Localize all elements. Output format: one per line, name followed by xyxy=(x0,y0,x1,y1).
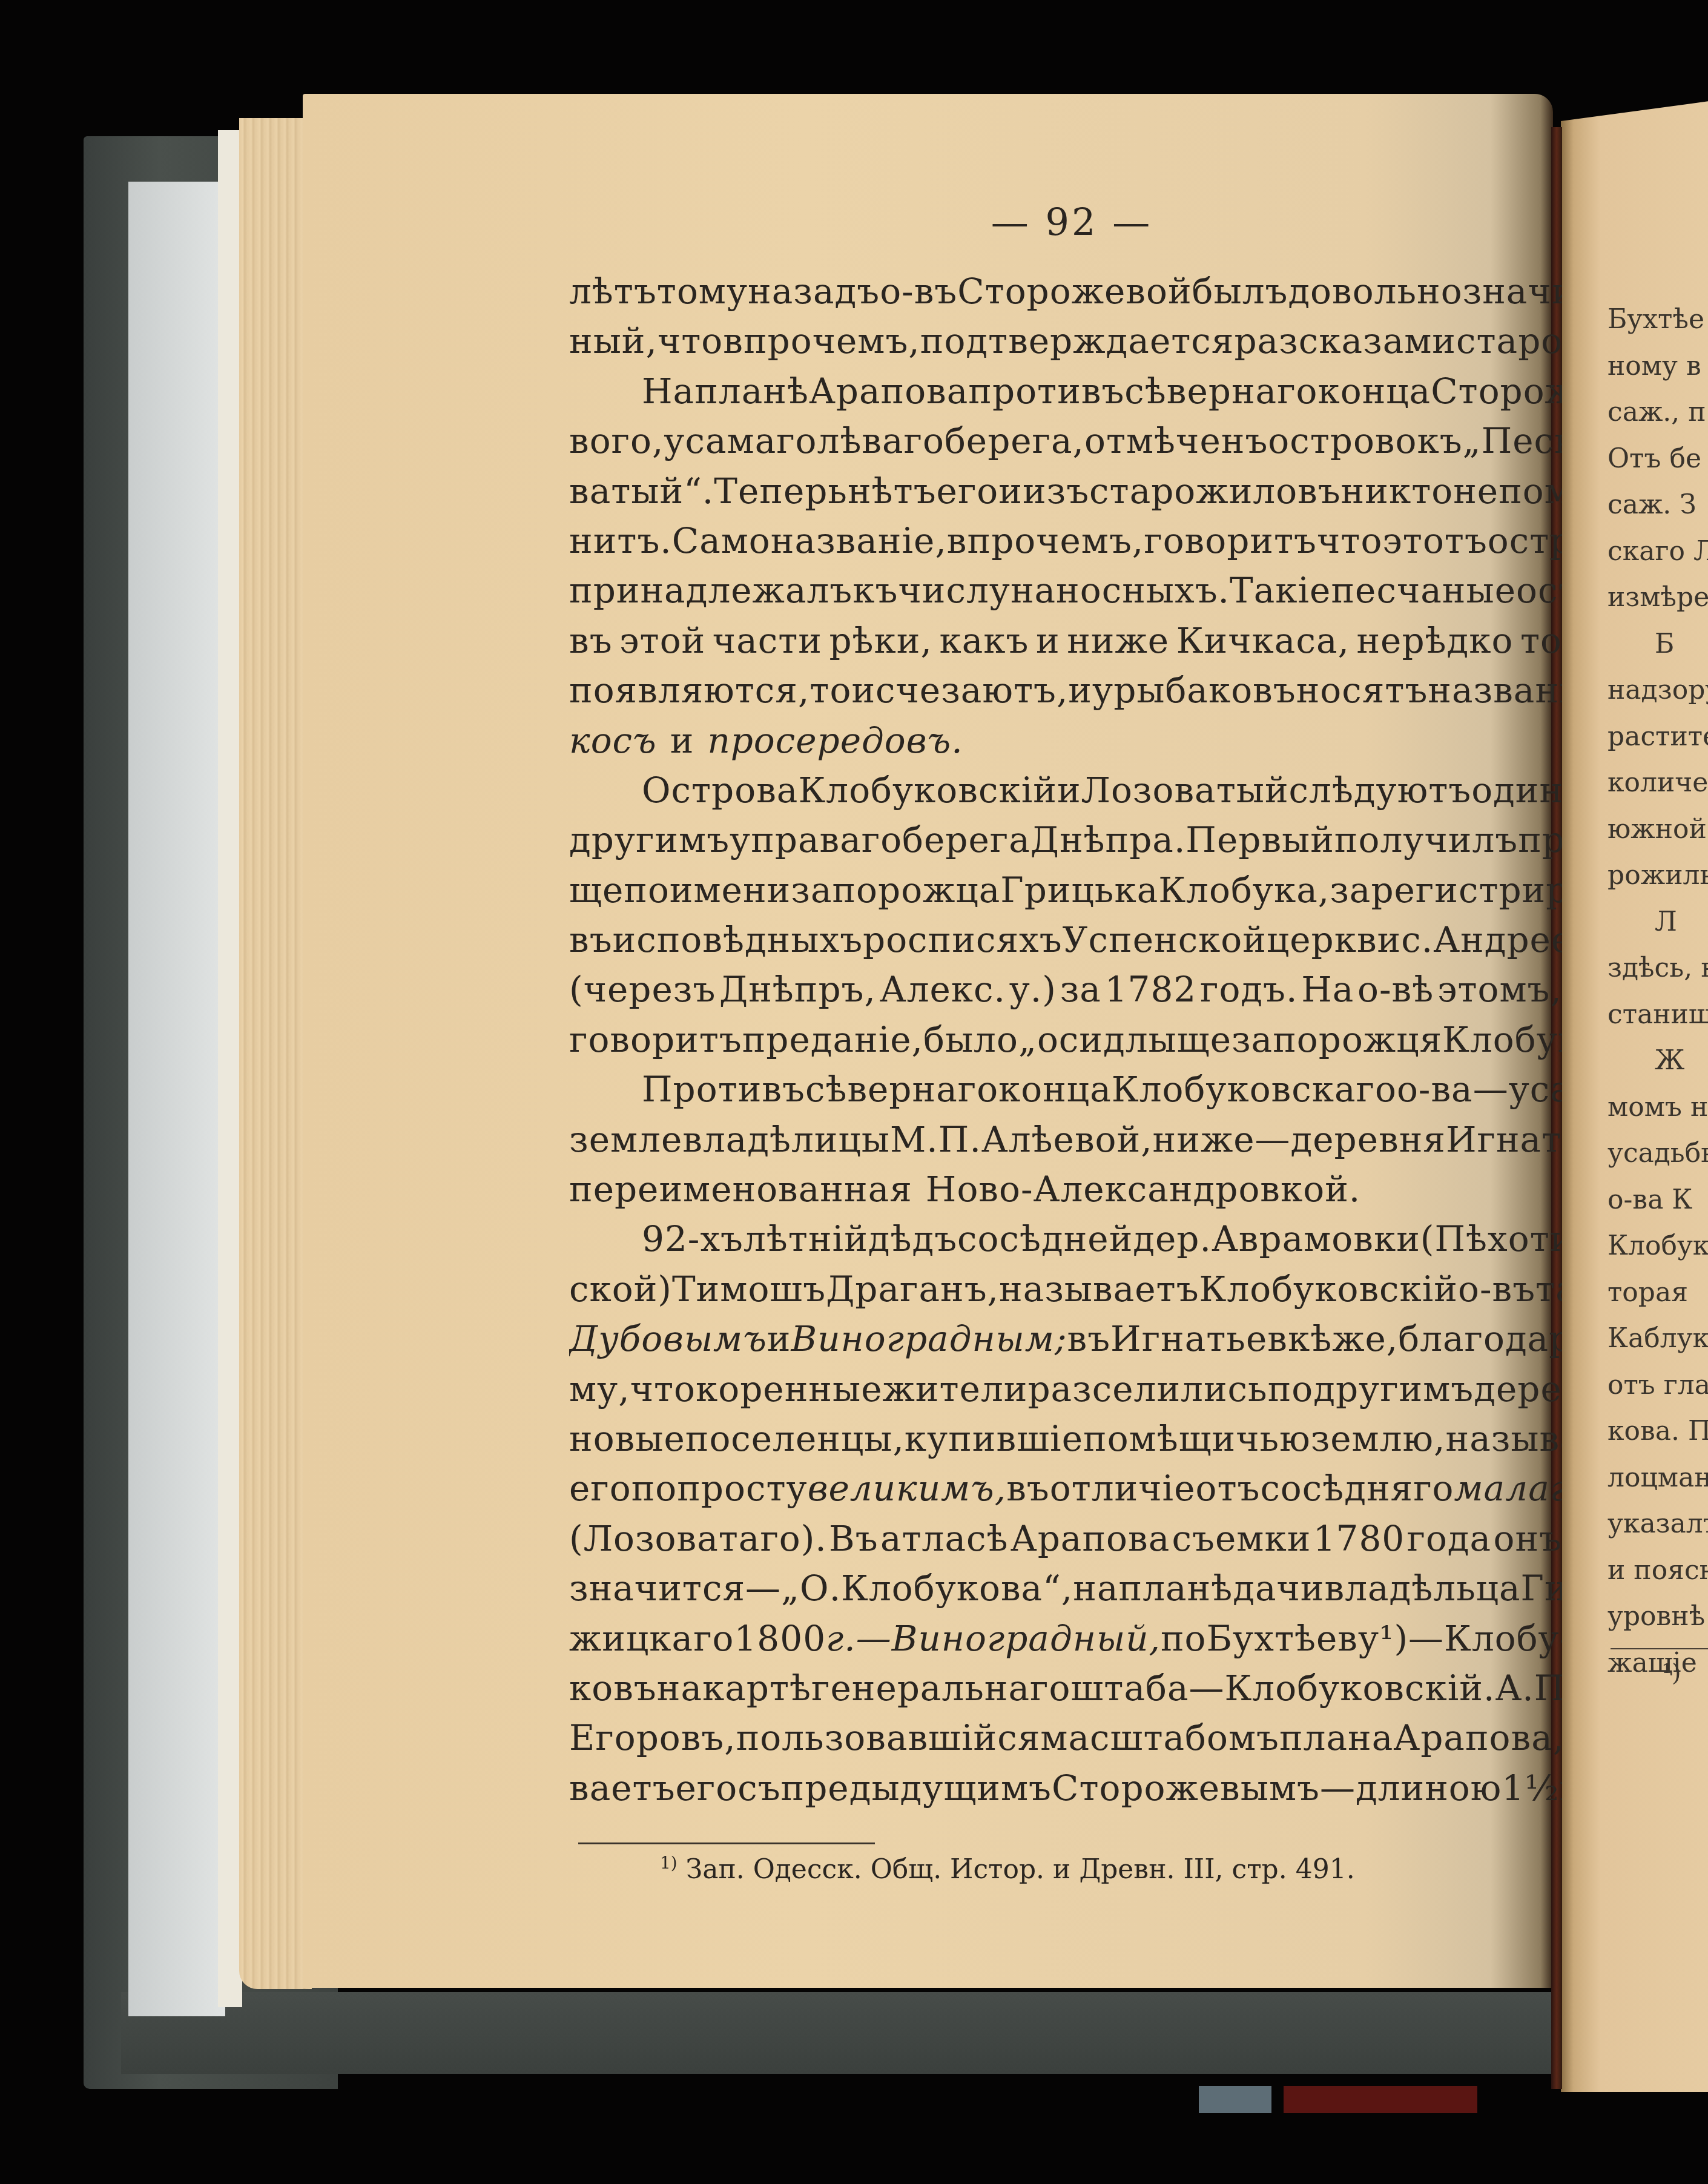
word: этой xyxy=(619,616,705,665)
word: владѣльца xyxy=(1325,1563,1521,1613)
word: Противъ xyxy=(642,1064,805,1114)
word: Клобука“. xyxy=(1442,1015,1562,1064)
facing-text-line: Клобуко xyxy=(1607,1223,1708,1270)
facing-text-line: растите xyxy=(1607,714,1708,760)
page-block-edges xyxy=(239,118,312,1989)
word: с. xyxy=(1401,915,1433,965)
word: впрочемъ, xyxy=(723,316,920,366)
word: конца xyxy=(1317,366,1431,416)
text-line: ватый“.Теперьнѣтъегоиизъстарожиловъникто… xyxy=(569,466,1562,516)
word: коренные xyxy=(696,1364,882,1414)
flyleaf xyxy=(128,182,225,2016)
word: преданіе, xyxy=(742,1015,923,1064)
word: ниже—деревня xyxy=(1153,1115,1446,1164)
word: Клобуковскій xyxy=(798,765,1057,815)
word: Арапова, xyxy=(1393,1713,1562,1763)
word: Кичкаса, xyxy=(1176,616,1350,665)
facing-text-line: Каблуко xyxy=(1607,1316,1708,1362)
word: его xyxy=(676,1763,738,1813)
word: планѣ xyxy=(694,366,809,416)
facing-text-line: здѣсь, в xyxy=(1607,945,1708,992)
word: Острова xyxy=(642,765,798,815)
word: старожиловъ. xyxy=(1456,316,1562,366)
word: Первый xyxy=(1185,815,1334,865)
word: самаго xyxy=(685,416,817,466)
word: островки xyxy=(1516,566,1562,615)
word: Виноградным; xyxy=(791,1314,1067,1364)
facing-text-line: станищ xyxy=(1607,992,1708,1038)
word: ской) xyxy=(569,1264,672,1314)
word: значитель- xyxy=(1463,266,1562,316)
word: Клобука, xyxy=(1158,865,1330,915)
text-line: ОстроваКлобуковскійиЛозоватыйслѣдуютъоди… xyxy=(569,765,1562,815)
word: съ xyxy=(737,1763,780,1813)
word: появляются, xyxy=(569,665,809,715)
word: купившіе xyxy=(905,1414,1083,1463)
word: числу xyxy=(898,566,1010,615)
word: Ги- xyxy=(1521,1563,1562,1613)
text-line: ДубовымъиВиноградным;въИгнатьевкѣже,благ… xyxy=(569,1314,1562,1364)
word: 1780 xyxy=(1313,1514,1405,1563)
facing-footnote-marker: ¹) xyxy=(1662,1659,1681,1687)
word: подтверждается xyxy=(920,316,1235,366)
word: планѣ xyxy=(1119,1563,1233,1613)
word: сѣвернаго xyxy=(1124,366,1317,416)
facing-text-line: указалъ xyxy=(1607,1501,1708,1548)
facing-text-line: южной xyxy=(1607,807,1708,853)
word: На xyxy=(642,366,694,416)
word: Игнатьевка xyxy=(1446,1115,1562,1164)
word: о-ва—усадьба xyxy=(1397,1064,1562,1114)
word: Егоровъ, xyxy=(569,1713,736,1763)
word: что xyxy=(1317,516,1382,566)
facing-text-line: количес xyxy=(1607,760,1708,807)
facing-text-line: Ж xyxy=(1607,1038,1708,1084)
text-line: ПротивъсѣвернагоконцаКлобуковскагоо-ва—у… xyxy=(569,1064,1562,1114)
word: и xyxy=(1036,616,1060,665)
facing-text-line: усадьбы xyxy=(1607,1130,1708,1177)
word: попросту xyxy=(631,1463,808,1513)
page-number: — 92 — xyxy=(981,200,1162,244)
word: довольно xyxy=(1288,266,1462,316)
word: Днѣпръ, xyxy=(719,965,876,1014)
word: косъ xyxy=(569,716,657,765)
facing-text-line: Б xyxy=(1607,621,1708,668)
word: этотъ xyxy=(1382,516,1487,566)
text-line: переименованнаяНово-Александровкой. xyxy=(569,1164,1562,1214)
word: просередовъ. xyxy=(707,716,963,765)
word: (Лозоватаго). xyxy=(569,1514,827,1563)
word: прозви- xyxy=(1518,815,1562,865)
word: и xyxy=(1057,765,1081,815)
word: предыдущимъ xyxy=(781,1763,1052,1813)
text-line: жицкаго1800г.—Виноградный,поБухтѣеву¹)—К… xyxy=(569,1614,1562,1663)
facing-text-line: скаго Л xyxy=(1607,529,1708,575)
word: запорожця xyxy=(1232,1015,1442,1064)
word: пом- xyxy=(1499,466,1562,516)
word: 1782 xyxy=(1105,965,1197,1014)
word: му, xyxy=(569,1364,630,1414)
word: Клобуковскій xyxy=(1199,1264,1458,1314)
text-line: му,чтокоренныежителиразселилисьподругимъ… xyxy=(569,1364,1562,1414)
facing-text-line: Л xyxy=(1607,899,1708,946)
word: принадлежалъ xyxy=(569,566,852,615)
word: островокъ xyxy=(1488,516,1562,566)
facing-page-text: Бухтѣеному всаж., пОтъ бесаж. Зскаго Лиз… xyxy=(1607,297,1708,1686)
word: ¹)—Клобу- xyxy=(1379,1614,1562,1663)
text-line: щепоименизапорожцаГрицькаКлобука,зарегис… xyxy=(569,865,1562,915)
word: Андреевки xyxy=(1433,915,1562,965)
facing-text-line: рожилы xyxy=(1607,853,1708,899)
word: благодаря xyxy=(1398,1314,1562,1364)
word: рыбаковъ xyxy=(1113,665,1296,715)
facing-text-line: отъ гла xyxy=(1607,1362,1708,1409)
word: его xyxy=(937,466,999,516)
word: штаба—Клобуковскій. xyxy=(1070,1663,1495,1713)
text-line: ваетъегосъпредыдущимъСторожевымъ—длиною1… xyxy=(569,1763,1562,1813)
word: Алѣевой, xyxy=(981,1115,1153,1164)
word: его xyxy=(569,1463,631,1513)
word: пользовавшійся xyxy=(736,1713,1041,1763)
word: дѣдъ xyxy=(868,1214,957,1264)
word: отличіе xyxy=(1050,1463,1196,1513)
word: слѣдуютъ xyxy=(1289,765,1472,815)
word: говоритъ xyxy=(569,1015,742,1064)
word: версты xyxy=(1559,1763,1562,1813)
word: ковъ xyxy=(569,1663,657,1713)
word: росписяхъ xyxy=(863,915,1063,965)
word: въ xyxy=(569,915,613,965)
word: Клобукова“, xyxy=(841,1563,1073,1613)
word: лѣтъ xyxy=(569,266,657,316)
text-line: принадлежалъкъчислунаносныхъ.Такіепесчан… xyxy=(569,566,1562,615)
word: землевладѣлицы xyxy=(569,1115,890,1164)
word: берега xyxy=(902,815,1030,865)
word: конца xyxy=(998,1064,1112,1114)
word: въ xyxy=(1006,1463,1050,1513)
word: по xyxy=(1161,1614,1207,1663)
word: то xyxy=(1520,616,1562,665)
word: названіе xyxy=(1428,665,1562,715)
text-line: значится—„О.Клобукова“,напланѣдачивладѣл… xyxy=(569,1563,1562,1613)
word: годъ. xyxy=(1200,965,1297,1014)
word: было xyxy=(923,1015,1018,1064)
text-line: въэтойчастирѣки,какъинижеКичкаса,нерѣдко… xyxy=(569,616,1562,665)
word: нѣтъ xyxy=(848,466,937,516)
word: ный, xyxy=(569,316,658,366)
word: П. xyxy=(1534,1663,1562,1713)
word: у xyxy=(1092,665,1113,715)
word: носятъ xyxy=(1296,665,1428,715)
word: П. xyxy=(938,1115,981,1164)
facing-text-line: ному в xyxy=(1607,343,1708,390)
word: по xyxy=(624,865,670,915)
word: М. xyxy=(890,1115,938,1164)
word: части xyxy=(713,616,822,665)
word: разсказами xyxy=(1234,316,1456,366)
word: Теперь xyxy=(714,466,848,516)
text-line: егопопростувеликимъ,въотличіеотъсосѣдняг… xyxy=(569,1463,1562,1513)
word: назадъ xyxy=(748,266,880,316)
word: изъ xyxy=(1023,466,1089,516)
word: ватый“. xyxy=(569,466,714,516)
footnote-rule xyxy=(578,1843,875,1844)
facing-footnote-rule xyxy=(1611,1648,1708,1649)
text-line: (Лозоватаго).ВъатласѣАраповасъемки1780го… xyxy=(569,1514,1562,1563)
word: исчезаютъ, xyxy=(851,665,1068,715)
word: и xyxy=(1068,665,1092,715)
word: (черезъ xyxy=(569,965,716,1014)
word: и xyxy=(767,1314,791,1364)
word: этомъ, xyxy=(1437,965,1562,1014)
word: землю, xyxy=(1311,1414,1446,1463)
word: „осидлыще xyxy=(1018,1015,1232,1064)
facing-text-line: кова. П xyxy=(1607,1408,1708,1455)
word: островокъ xyxy=(1268,416,1462,466)
word: малаго xyxy=(1454,1463,1562,1513)
word: Арапова xyxy=(809,366,968,416)
word: и xyxy=(670,716,694,765)
word: 92-хъ xyxy=(642,1214,744,1264)
word: Ново-Александровкой. xyxy=(926,1164,1360,1214)
word: не xyxy=(1453,466,1499,516)
word: къ xyxy=(852,566,898,615)
word: о-въ xyxy=(880,266,957,316)
book-cover-blue-edge xyxy=(1199,2086,1271,2113)
word: дер. xyxy=(1133,1214,1212,1264)
footnote-text: Зап. Одесск. Общ. Истор. и Древн. III, с… xyxy=(686,1854,1355,1885)
word: дачи xyxy=(1233,1563,1324,1613)
text-line: новыепоселенцы,купившіепомѣщичьюземлю,на… xyxy=(569,1414,1562,1463)
word: противъ xyxy=(968,366,1124,416)
text-line: другимъуправагоберегаДнѣпра.Первыйполучи… xyxy=(569,815,1562,865)
word: имени xyxy=(670,865,791,915)
word: Такіе xyxy=(1230,566,1331,615)
word: ваетъ xyxy=(569,1763,676,1813)
word: наносныхъ. xyxy=(1011,566,1230,615)
word: атласѣ xyxy=(880,1514,1009,1563)
word: исповѣдныхъ xyxy=(613,915,863,965)
word: называетъ xyxy=(999,1264,1199,1314)
word: разселились xyxy=(1027,1364,1267,1414)
word: поселенцы, xyxy=(685,1414,905,1463)
word: отмѣченъ xyxy=(1084,416,1268,466)
word: года xyxy=(1407,1514,1492,1563)
word: другимъ xyxy=(1313,1364,1474,1414)
word: церкви xyxy=(1267,915,1401,965)
facing-text-line: торая xyxy=(1607,1270,1708,1316)
text-line: ный,чтовпрочемъ,подтверждаетсяразсказами… xyxy=(569,316,1562,366)
word: говоритъ xyxy=(1144,516,1317,566)
word: генеральнаго xyxy=(811,1663,1070,1713)
word: переименованная xyxy=(569,1164,912,1214)
word: Въ xyxy=(829,1514,879,1563)
word: г.—Виноградный, xyxy=(826,1614,1161,1663)
facing-text-line: саж. З xyxy=(1607,482,1708,529)
word: Аврамовки xyxy=(1212,1214,1420,1264)
word: сосѣдняго xyxy=(1260,1463,1454,1513)
word: лѣваго xyxy=(817,416,945,466)
text-line: лѣтътомуназадъо-въСтороже­войбылъдовольн… xyxy=(569,266,1562,316)
word: нитъ. xyxy=(569,516,672,566)
word: никто xyxy=(1341,466,1454,516)
word: у.) xyxy=(1009,965,1057,1014)
word: песчаные xyxy=(1331,566,1516,615)
word: онъ xyxy=(1493,1514,1561,1563)
text-line: землевладѣлицыМ.П.Алѣевой,ниже—деревняИг… xyxy=(569,1115,1562,1164)
word: жицкаго xyxy=(569,1614,734,1663)
word: жители xyxy=(882,1364,1027,1414)
word: тому xyxy=(657,266,748,316)
text-line: нитъ.Самоназваніе,впрочемъ,говоритъчтоэт… xyxy=(569,516,1562,566)
word: 1½ xyxy=(1502,1763,1559,1813)
word: А. xyxy=(1495,1663,1534,1713)
word: въ xyxy=(1067,1314,1110,1364)
facing-text-line: лоцмант xyxy=(1607,1455,1708,1502)
word: Клобуковскаго xyxy=(1112,1064,1397,1114)
facing-text-line: момъ н xyxy=(1607,1084,1708,1131)
word: рѣки, xyxy=(829,616,932,665)
word: Арапова xyxy=(1011,1514,1170,1563)
word: и xyxy=(998,466,1023,516)
text-line: появляются,тоисчезаютъ,иурыбаковъносятън… xyxy=(569,665,1562,715)
word: за xyxy=(1060,965,1101,1014)
word: (Пѣхотин- xyxy=(1420,1214,1562,1264)
word: сѣвернаго xyxy=(805,1064,998,1114)
book-cover-bottom xyxy=(121,1992,1574,2074)
word: „Песко- xyxy=(1463,416,1562,466)
word: что xyxy=(658,316,723,366)
text-line: (черезъДнѣпръ,Алекс.у.)за1782годъ.Нао-вѣ… xyxy=(569,965,1562,1014)
word: новые xyxy=(569,1414,685,1463)
facing-text-line: и поясн xyxy=(1607,1548,1708,1594)
word: Драганъ, xyxy=(826,1264,999,1314)
word: запорожца xyxy=(791,865,1000,915)
text-line: Егоровъ,пользовавшійсямасштабомъпланаАра… xyxy=(569,1713,1562,1763)
word: у xyxy=(730,815,751,865)
text-line: ковънакартѣгенеральнагоштаба—Клобуковскі… xyxy=(569,1663,1562,1713)
book-cover-red-edge xyxy=(1284,2086,1477,2113)
word: Грицька xyxy=(1000,865,1158,915)
word: На xyxy=(1301,965,1354,1014)
word: другимъ xyxy=(569,815,730,865)
word: отъ xyxy=(1195,1463,1260,1513)
word: что xyxy=(630,1364,696,1414)
word: въ xyxy=(569,616,613,665)
word: впрочемъ, xyxy=(947,516,1144,566)
word: о-вѣ xyxy=(1357,965,1434,1014)
word: по xyxy=(1268,1364,1314,1414)
text-line: вого,усамаголѣвагоберега,отмѣченъострово… xyxy=(569,416,1562,466)
word: Само xyxy=(672,516,771,566)
footnote: 1) Зап. Одесск. Общ. Истор. и Древн. III… xyxy=(660,1853,1355,1885)
word: помѣщичью xyxy=(1083,1414,1311,1463)
word: Сторожевымъ—длиною xyxy=(1052,1763,1502,1813)
word: у xyxy=(664,416,685,466)
word: о-въ xyxy=(1458,1264,1535,1314)
word: Тимошъ xyxy=(672,1264,826,1314)
flyleaf-inner xyxy=(218,130,242,2007)
word: какъ xyxy=(939,616,1029,665)
word: плана xyxy=(1279,1713,1393,1763)
body-text: лѣтътомуназадъо-въСтороже­войбылъдовольн… xyxy=(569,266,1562,1813)
text-line: НапланѣАраповапротивъсѣвернагоконцаСторо… xyxy=(569,366,1562,416)
word: праваго xyxy=(751,815,902,865)
word: лѣтній xyxy=(744,1214,868,1264)
text-line: въисповѣдныхъросписяхъУспенскойцерквис.А… xyxy=(569,915,1562,965)
text-line: говоритъпреданіе,было„осидлыщезапорожцяК… xyxy=(569,1015,1562,1064)
word: значится—„О. xyxy=(569,1563,841,1613)
word: великимъ, xyxy=(808,1463,1007,1513)
word: Алекс. xyxy=(880,965,1006,1014)
text-line: косъипросередовъ. xyxy=(569,716,1562,765)
text-line: ской)ТимошъДраганъ,называетъКлобуковскій… xyxy=(569,1264,1562,1314)
word: то xyxy=(809,665,851,715)
facing-text-line: надзору xyxy=(1607,667,1708,714)
word: зарегистрированнаго xyxy=(1330,865,1562,915)
word: берега, xyxy=(945,416,1084,466)
word: Бухтѣеву xyxy=(1207,1614,1380,1663)
word: названіе, xyxy=(771,516,947,566)
word: Стороже­вой xyxy=(957,266,1192,316)
word: Успенской xyxy=(1063,915,1267,965)
word: деревнямъ,— xyxy=(1474,1364,1562,1414)
word: старожиловъ xyxy=(1089,466,1341,516)
word: Игнатьевкѣ xyxy=(1110,1314,1332,1364)
word: же, xyxy=(1332,1314,1398,1364)
word: одинъ xyxy=(1471,765,1562,815)
word: картѣ xyxy=(702,1663,811,1713)
footnote-marker: 1) xyxy=(660,1853,678,1873)
word: на xyxy=(1073,1563,1118,1613)
word: Дубовымъ xyxy=(569,1314,767,1364)
facing-text-line: саж., п xyxy=(1607,389,1708,436)
word: ще xyxy=(569,865,624,915)
word: съемки xyxy=(1172,1514,1311,1563)
word: Лозоватый xyxy=(1081,765,1289,815)
facing-text-line: измѣре xyxy=(1607,575,1708,621)
word: былъ xyxy=(1192,266,1288,316)
word: 1800 xyxy=(734,1614,826,1663)
word: Стороже- xyxy=(1431,366,1562,416)
word: получилъ xyxy=(1334,815,1518,865)
word: на xyxy=(657,1663,702,1713)
word: также xyxy=(1535,1264,1562,1314)
facing-text-line: Отъ бе xyxy=(1607,436,1708,483)
word: вого, xyxy=(569,416,664,466)
facing-text-line: жащіе xyxy=(1607,1640,1708,1687)
facing-text-line: о-ва К xyxy=(1607,1177,1708,1224)
facing-text-line: Бухтѣе xyxy=(1607,297,1708,343)
word: ниже xyxy=(1067,616,1169,665)
word: называютъ xyxy=(1446,1414,1563,1463)
word: нерѣдко xyxy=(1356,616,1513,665)
word: сосѣдней xyxy=(957,1214,1133,1264)
text-line: 92-хълѣтнійдѣдъсосѣднейдер.Аврамовки(Пѣх… xyxy=(569,1214,1562,1264)
word: Днѣпра. xyxy=(1030,815,1186,865)
word: масштабомъ xyxy=(1040,1713,1279,1763)
facing-text-line: уровнѣ xyxy=(1607,1594,1708,1640)
